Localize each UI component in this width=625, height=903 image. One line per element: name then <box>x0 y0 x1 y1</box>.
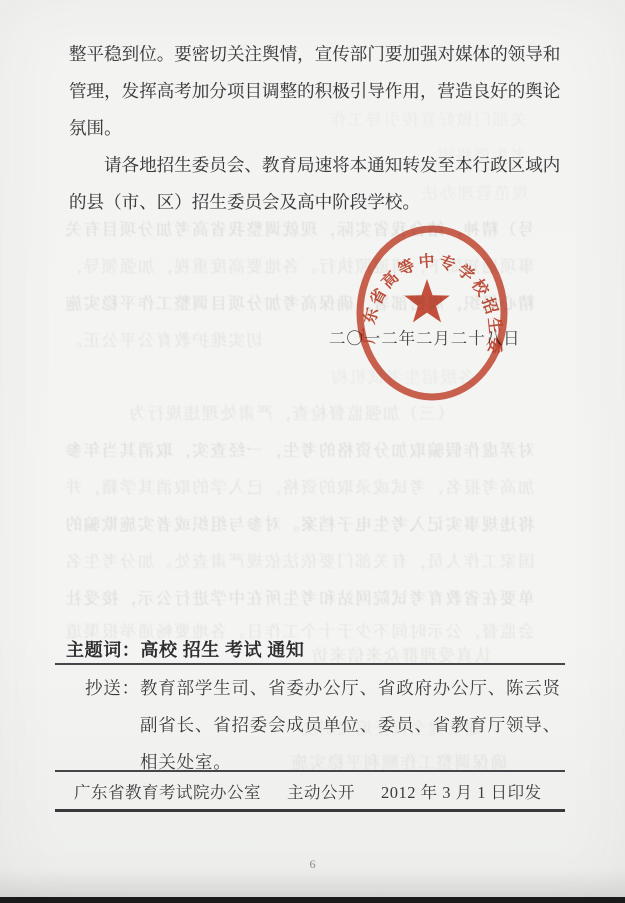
bleedthrough-line: 国家工作人员，有关部门要依法依规严肃查处。加分考生名 <box>64 552 535 572</box>
body-line: 氛围。 <box>69 110 122 147</box>
body-line: 整平稳到位。要密切关注舆情，宣传部门要加强对媒体的领导和 <box>69 36 560 73</box>
bleedthrough-line: 事项通知如下，请遵照执行。各地要高度重视，加强领导， <box>64 257 535 277</box>
subject-label: 主题词： <box>66 640 140 660</box>
body-line: 的县（市、区）招生委员会及高中阶段学校。 <box>69 184 420 221</box>
print-date: 2012 年 3 月 1 日印发 <box>381 783 542 802</box>
scan-bottom-shading <box>0 871 625 897</box>
disclosure-mode: 主动公开 <box>287 783 355 802</box>
signature-date: 二〇一二年二月二十八日 <box>329 329 520 349</box>
issuer-line: 广东省教育考试院办公室主动公开2012 年 3 月 1 日印发 <box>74 779 542 807</box>
bleedthrough-line: 将违规事实记入考生电子档案。对参与组织或者实施欺骗的 <box>64 515 535 535</box>
cc-line: 副省长、省招委会成员单位、委员、省教育厅领导、 <box>140 707 561 744</box>
bleedthrough-line: （三）加强监督检查，严肃处理违规行为 <box>128 404 454 424</box>
divider-cc <box>55 770 565 772</box>
body-line: 请各地招生委员会、教育局速将本通知转发至本行政区域内 <box>104 147 560 184</box>
divider-subject <box>55 663 565 665</box>
subject-terms-line: 主题词：高校 招生 考试 通知 <box>66 639 305 662</box>
bleedthrough-line: 单要在省教育考试院网站和考生所在中学进行公示，接受社 <box>64 589 535 609</box>
bleedthrough-line: 加高考报名、考试或录取的资格，已入学的取消其学籍，并 <box>64 478 535 498</box>
body-line: 管理，发挥高考加分项目调整的积极引导作用，营造良好的舆论 <box>69 73 560 110</box>
subject-terms: 高校 招生 考试 通知 <box>140 640 304 660</box>
bleedthrough-line: 切实维护教育公平公正。 <box>64 331 263 351</box>
bleedthrough-line: 号）精神，结合我省实际，现就调整我省高考加分项目有关 <box>64 220 535 240</box>
cc-line: 教育部学生司、省委办公厅、省政府办公厅、陈云贤 <box>140 670 561 707</box>
bleedthrough-line: 精心组织，周密部署，确保高考加分项目调整工作平稳实施 <box>64 294 535 314</box>
document-page: 关部门做好宣传引导工作 考生资格审 规范管理办法 号）精神，结合我省实际，现就调… <box>0 0 625 903</box>
bleedthrough-line: 各级招生考试机构 <box>330 368 475 388</box>
cc-line: 相关处室。 <box>140 744 232 781</box>
scan-edge-strip <box>0 897 625 903</box>
divider-footer <box>55 809 565 812</box>
bleedthrough-line: 关部门做好宣传引导工作 <box>328 110 527 130</box>
bleedthrough-line: 规范管理办法 <box>420 184 529 204</box>
bleedthrough-line: 对弄虚作假骗取加分资格的考生，一经查实，取消其当年参 <box>64 441 535 461</box>
issuer-office: 广东省教育考试院办公室 <box>74 783 261 802</box>
cc-label: 抄送： <box>85 670 140 707</box>
page-number: 6 <box>0 857 625 872</box>
